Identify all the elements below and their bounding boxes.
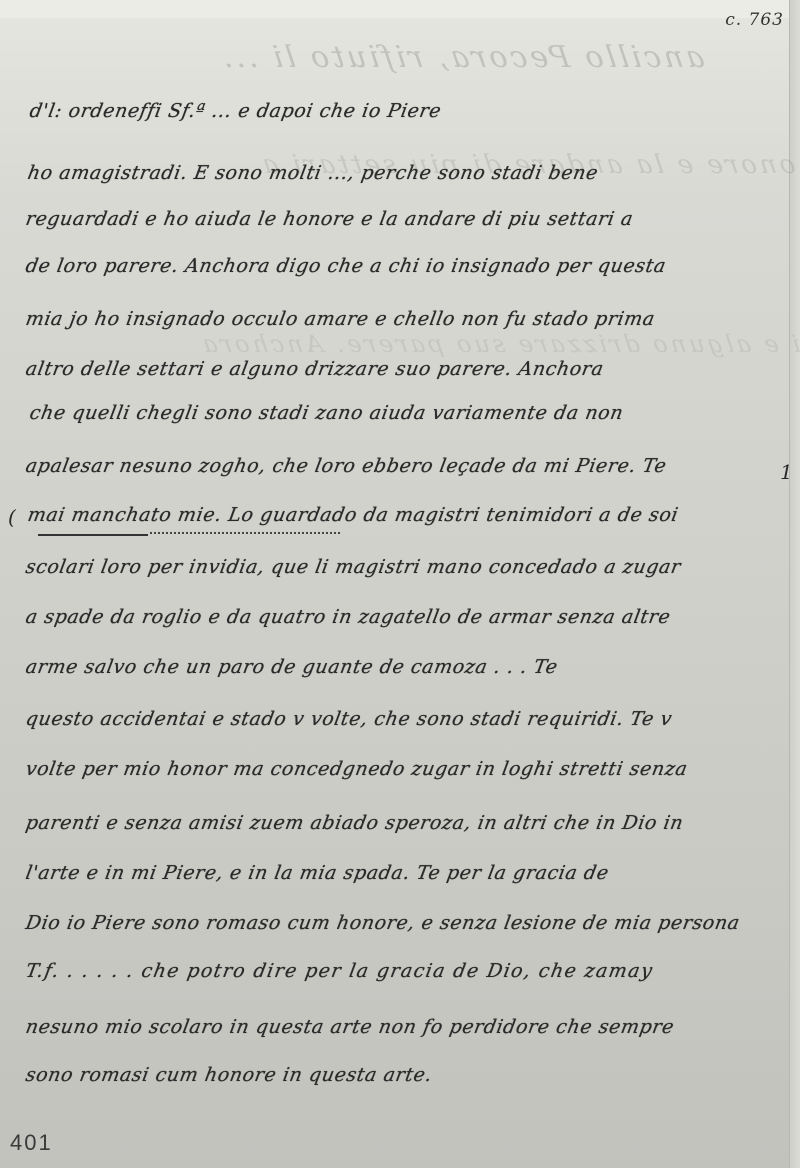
manuscript-line-14: volte per mio honor ma concedgnedo zugar… [24, 758, 689, 780]
scan-top-edge [0, 0, 800, 18]
manuscript-line-18: T.f. . . . . . che potro dire per la gra… [24, 960, 655, 982]
manuscript-line-7: che quelli chegli sono stadi zano aiuda … [28, 402, 625, 424]
underline-stroke [38, 534, 148, 536]
manuscript-line-1: d'l: ordeneffi Sf.ª ... e dapoi che io P… [28, 100, 443, 122]
manuscript-line-12: arme salvo che un paro de guante de camo… [24, 656, 560, 678]
manuscript-line-6: altro delle settari e alguno drizzare su… [24, 358, 606, 380]
margin-mark-right: 1 [780, 460, 793, 484]
folio-number: c. 763 [725, 10, 784, 30]
manuscript-line-17: Dio io Piere sono romaso cum honore, e s… [24, 912, 742, 934]
bleed-through-text: ancillo Pecora, rifiuto li ... [218, 40, 707, 75]
manuscript-line-16: l'arte e in mi Piere, e in la mia spada.… [24, 862, 611, 884]
manuscript-line-11: a spade da roglio e da quatro in zagatel… [24, 606, 672, 628]
manuscript-line-4: de loro parere. Anchora digo che a chi i… [24, 255, 668, 277]
manuscript-line-10: scolari loro per invidia, que li magistr… [24, 556, 683, 578]
folio-prefix: c. [725, 10, 742, 30]
manuscript-page: ancillo Pecora, rifiuto li ... reguardad… [0, 0, 800, 1168]
manuscript-line-15: parenti e senza amisi zuem abiado speroz… [24, 812, 685, 834]
manuscript-line-8: apalesar nesuno zogho, che loro ebbero l… [24, 455, 668, 477]
bleed-through-text: altro delle settari e alguno drizzare su… [198, 330, 800, 358]
manuscript-line-9: mai manchato mie. Lo guardado da magistr… [26, 504, 680, 526]
manuscript-line-20: sono romasi cum honore in questa arte. [24, 1064, 434, 1086]
margin-mark-left: ( [8, 505, 16, 529]
manuscript-line-13: questo accidentai e stado v volte, che s… [24, 708, 674, 730]
manuscript-line-3: reguardadi e ho aiuda le honore e la and… [24, 208, 635, 230]
scan-right-edge [789, 0, 800, 1168]
page-number: 401 [10, 1130, 53, 1156]
manuscript-line-2: ho amagistradi. E sono molti ..., perche… [26, 162, 600, 184]
dotted-underline [150, 532, 340, 534]
manuscript-line-5: mia jo ho insignado occulo amare e chell… [24, 308, 657, 330]
manuscript-line-19: nesuno mio scolaro in questa arte non fo… [24, 1016, 676, 1038]
folio-value: 763 [749, 10, 784, 30]
